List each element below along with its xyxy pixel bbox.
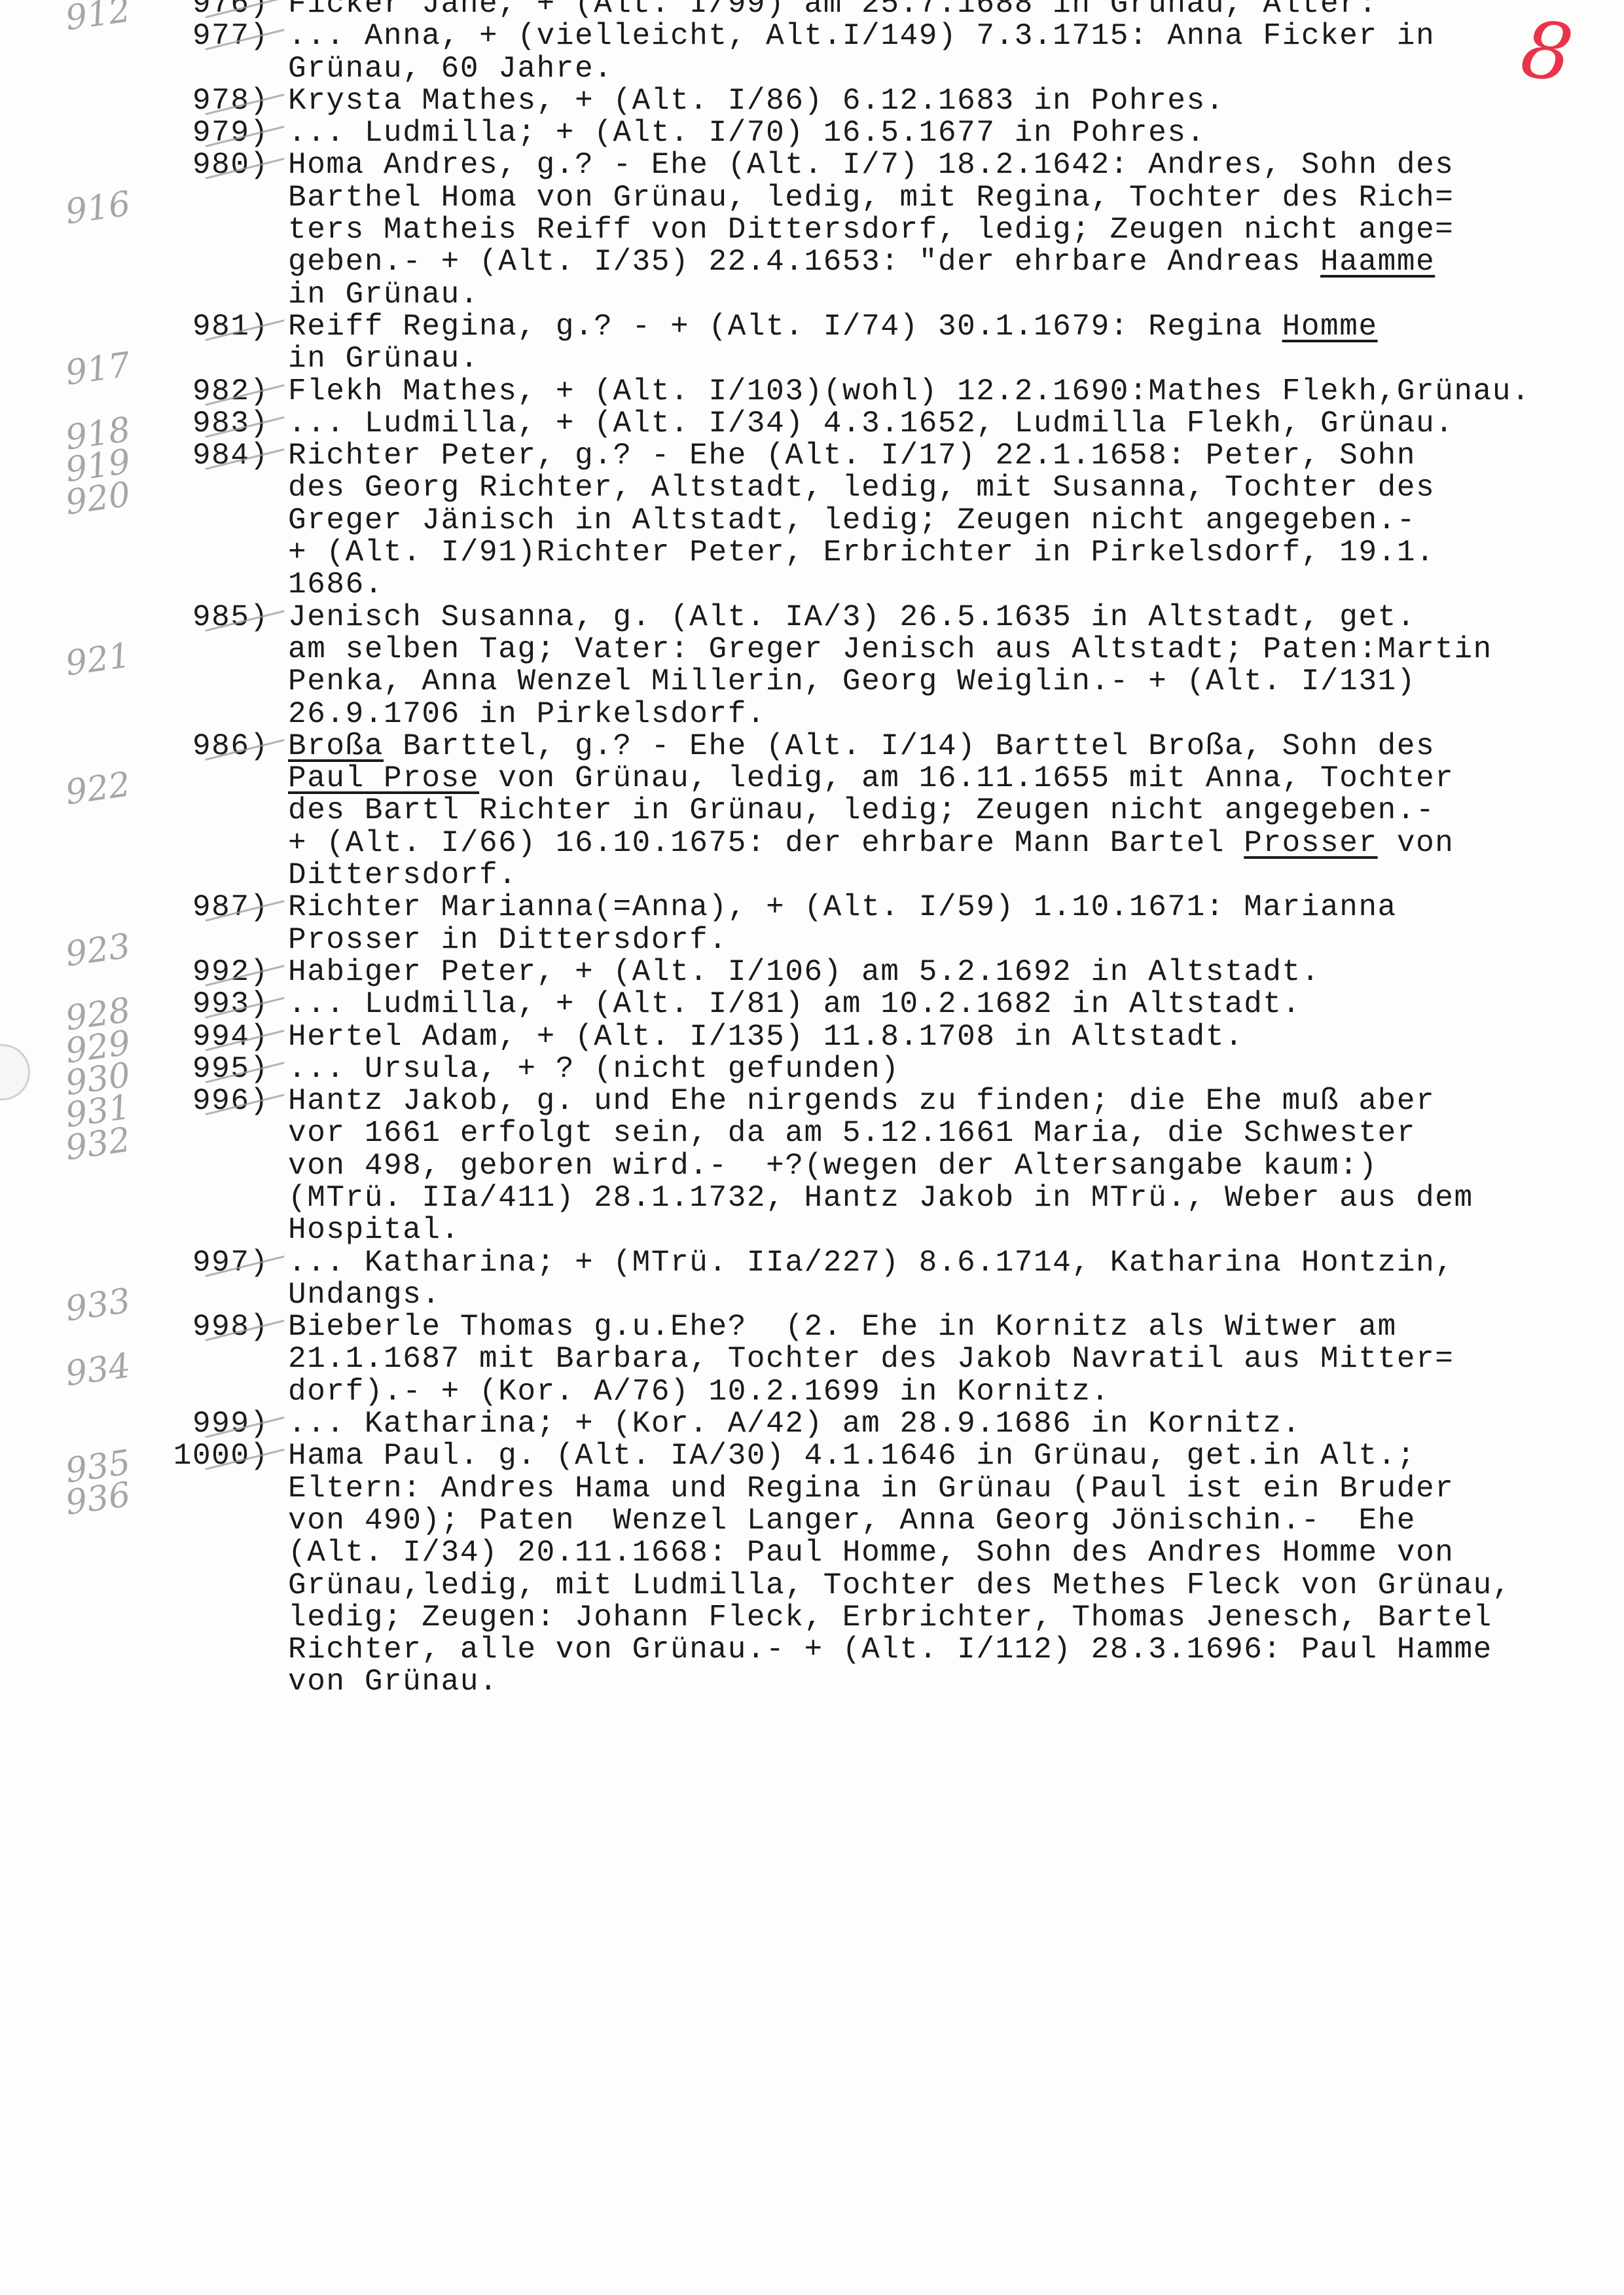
entry-line: 983) ... Ludmilla, + (Alt. I/34) 4.3.165…: [164, 408, 1604, 440]
genealogy-entry: 981) Reiff Regina, g.? - + (Alt. I/74) 3…: [164, 311, 1604, 376]
entry-line: 986) Broßa Barttel, g.? - Ehe (Alt. I/14…: [164, 731, 1604, 763]
genealogy-entry: 995) ... Ursula, + ? (nicht gefunden): [164, 1053, 1604, 1085]
entry-text: am selben Tag; Vater: Greger Jenisch aus…: [288, 634, 1492, 666]
entry-line: 997) ... Katharina; + (MTrü. IIa/227) 8.…: [164, 1247, 1604, 1279]
entry-number: 997): [164, 1247, 288, 1279]
entry-text: 1686.: [288, 569, 384, 601]
entry-text: Paul Prose von Grünau, ledig, am 16.11.1…: [288, 763, 1454, 795]
entry-text: in Grünau.: [288, 343, 479, 375]
pencil-strike-mark: [205, 319, 284, 341]
entry-text: Undangs.: [288, 1279, 441, 1311]
pencil-margin-number: 917: [63, 346, 133, 393]
entry-text: Richter Marianna(=Anna), + (Alt. I/59) 1…: [288, 892, 1397, 924]
entry-text: ... Ludmilla, + (Alt. I/34) 4.3.1652, Lu…: [288, 408, 1454, 440]
entry-line: Dittersdorf.: [164, 859, 1604, 892]
entry-text: Krysta Mathes, + (Alt. I/86) 6.12.1683 i…: [288, 85, 1225, 117]
entry-line: 987) Richter Marianna(=Anna), + (Alt. I/…: [164, 892, 1604, 924]
entry-text: 21.1.1687 mit Barbara, Tochter des Jakob…: [288, 1343, 1454, 1375]
entry-number: 994): [164, 1021, 288, 1053]
entry-text: Homa Andres, g.? - Ehe (Alt. I/7) 18.2.1…: [288, 149, 1454, 181]
pencil-strike-mark: [205, 1449, 284, 1470]
genealogy-entry: 985) Jenisch Susanna, g. (Alt. IA/3) 26.…: [164, 602, 1604, 731]
entry-line: von 490); Paten Wenzel Langer, Anna Geor…: [164, 1505, 1604, 1537]
entry-line: 999) ... Katharina; + (Kor. A/42) am 28.…: [164, 1408, 1604, 1440]
pencil-strike-mark: [205, 29, 284, 50]
entry-line: 985) Jenisch Susanna, g. (Alt. IA/3) 26.…: [164, 602, 1604, 634]
entry-number: 985): [164, 602, 288, 634]
entry-text: ... Anna, + (vielleicht, Alt.I/149) 7.3.…: [288, 20, 1435, 52]
pencil-margin-number: 933: [63, 1281, 133, 1329]
entry-text: Eltern: Andres Hama und Regina in Grünau…: [288, 1473, 1454, 1505]
entry-number: 981): [164, 311, 288, 343]
pencil-strike-mark: [205, 0, 284, 18]
entry-text: Bieberle Thomas g.u.Ehe? (2. Ehe in Korn…: [288, 1311, 1397, 1343]
genealogy-entry: 982) Flekh Mathes, + (Alt. I/103)(wohl) …: [164, 376, 1604, 408]
entry-number: 993): [164, 988, 288, 1021]
entry-text: in Grünau.: [288, 279, 479, 311]
entry-line: + (Alt. I/66) 16.10.1675: der ehrbare Ma…: [164, 827, 1604, 859]
pencil-margin-number: 923: [63, 926, 133, 974]
genealogy-entry: 978) Krysta Mathes, + (Alt. I/86) 6.12.1…: [164, 85, 1604, 117]
entry-text: des Bartl Richter in Grünau, ledig; Zeug…: [288, 795, 1435, 827]
entry-text: dorf).- + (Kor. A/76) 10.2.1699 in Korni…: [288, 1376, 1110, 1408]
entry-number: 1000): [164, 1440, 288, 1472]
entry-line: 26.9.1706 in Pirkelsdorf.: [164, 698, 1604, 731]
entry-text: (Alt. I/34) 20.11.1668: Paul Homme, Sohn…: [288, 1537, 1454, 1569]
pencil-margin-number: 936: [63, 1475, 133, 1523]
entry-line: 994) Hertel Adam, + (Alt. I/135) 11.8.17…: [164, 1021, 1604, 1053]
pencil-strike-mark: [205, 384, 284, 406]
genealogy-entry: 979) ... Ludmilla; + (Alt. I/70) 16.5.16…: [164, 117, 1604, 149]
pencil-strike-mark: [205, 158, 284, 180]
entry-text: Hertel Adam, + (Alt. I/135) 11.8.1708 in…: [288, 1021, 1244, 1053]
pencil-strike-mark: [205, 1062, 284, 1083]
underlined-name: Homme: [1282, 310, 1378, 344]
genealogy-entry: 977) ... Anna, + (vielleicht, Alt.I/149)…: [164, 20, 1604, 85]
pencil-strike-mark: [205, 610, 284, 632]
genealogy-entry: 999) ... Katharina; + (Kor. A/42) am 28.…: [164, 1408, 1604, 1440]
pencil-margin-number: 921: [63, 636, 133, 683]
pencil-strike-mark: [205, 126, 284, 147]
entry-line: Hospital.: [164, 1214, 1604, 1246]
pencil-margin-number: 912: [63, 0, 133, 39]
entry-line: ters Matheis Reiff von Dittersdorf, ledi…: [164, 214, 1604, 246]
entry-text: Jenisch Susanna, g. (Alt. IA/3) 26.5.163…: [288, 602, 1416, 634]
genealogy-entry: 983) ... Ludmilla, + (Alt. I/34) 4.3.165…: [164, 408, 1604, 440]
entry-number: 984): [164, 440, 288, 472]
entry-line: 980) Homa Andres, g.? - Ehe (Alt. I/7) 1…: [164, 149, 1604, 181]
document-page: 8 91291691791891992092192292392892993093…: [0, 0, 1624, 2295]
entry-line: Prosser in Dittersdorf.: [164, 924, 1604, 956]
entry-text: Hama Paul. g. (Alt. IA/30) 4.1.1646 in G…: [288, 1440, 1416, 1472]
entry-text: Barthel Homa von Grünau, ledig, mit Regi…: [288, 182, 1454, 214]
pencil-strike-mark: [205, 1417, 284, 1438]
pencil-strike-mark: [205, 739, 284, 761]
pencil-margin-number: 922: [63, 765, 133, 813]
entry-line: + (Alt. I/91)Richter Peter, Erbrichter i…: [164, 537, 1604, 569]
entry-text: Grünau,ledig, mit Ludmilla, Tochter des …: [288, 1570, 1511, 1602]
entry-line: 998) Bieberle Thomas g.u.Ehe? (2. Ehe in…: [164, 1311, 1604, 1343]
entry-text: Greger Jänisch in Altstadt, ledig; Zeuge…: [288, 505, 1416, 537]
entry-text: Broßa Barttel, g.? - Ehe (Alt. I/14) Bar…: [288, 731, 1435, 763]
entry-text: Habiger Peter, + (Alt. I/106) am 5.2.169…: [288, 956, 1320, 988]
entry-text: 26.9.1706 in Pirkelsdorf.: [288, 698, 766, 731]
pencil-margin-number: 916: [63, 184, 133, 232]
entry-text: ters Matheis Reiff von Dittersdorf, ledi…: [288, 214, 1454, 246]
entry-line: des Georg Richter, Altstadt, ledig, mit …: [164, 472, 1604, 504]
pencil-strike-mark: [205, 965, 284, 986]
pencil-strike-mark: [205, 1320, 284, 1341]
pencil-margin-number: 934: [63, 1346, 133, 1394]
entry-number: 976): [164, 0, 288, 20]
entry-number: 983): [164, 408, 288, 440]
entry-line: in Grünau.: [164, 343, 1604, 375]
entry-line: 993) ... Ludmilla, + (Alt. I/81) am 10.2…: [164, 988, 1604, 1021]
entry-line: 981) Reiff Regina, g.? - + (Alt. I/74) 3…: [164, 311, 1604, 343]
entry-line: des Bartl Richter in Grünau, ledig; Zeug…: [164, 795, 1604, 827]
entry-text: ... Katharina; + (Kor. A/42) am 28.9.168…: [288, 1408, 1301, 1440]
entry-number: 977): [164, 20, 288, 52]
entry-line: 21.1.1687 mit Barbara, Tochter des Jakob…: [164, 1343, 1604, 1375]
entry-text: vor 1661 erfolgt sein, da am 5.12.1661 M…: [288, 1117, 1416, 1149]
entry-number: 986): [164, 731, 288, 763]
entry-line: von 498, geboren wird.- +?(wegen der Alt…: [164, 1150, 1604, 1182]
entry-number: 982): [164, 376, 288, 408]
entry-line: Grünau,ledig, mit Ludmilla, Tochter des …: [164, 1570, 1604, 1602]
entry-line: ledig; Zeugen: Johann Fleck, Erbrichter,…: [164, 1602, 1604, 1634]
underlined-name: Haamme: [1320, 245, 1435, 279]
pencil-strike-mark: [205, 900, 284, 922]
genealogy-entry: 996) Hantz Jakob, g. und Ehe nirgends zu…: [164, 1085, 1604, 1246]
entry-line: 995) ... Ursula, + ? (nicht gefunden): [164, 1053, 1604, 1085]
entry-text: Ficker Jane, + (Alt. I/99) am 25.7.1688 …: [288, 0, 1378, 20]
entry-text: Prosser in Dittersdorf.: [288, 924, 728, 956]
entry-line: 1000) Hama Paul. g. (Alt. IA/30) 4.1.164…: [164, 1440, 1604, 1472]
entry-line: Barthel Homa von Grünau, ledig, mit Regi…: [164, 182, 1604, 214]
entry-text: Dittersdorf.: [288, 859, 517, 892]
pencil-strike-mark: [205, 448, 284, 470]
entry-text: Hospital.: [288, 1214, 460, 1246]
genealogy-entry: 980) Homa Andres, g.? - Ehe (Alt. I/7) 1…: [164, 149, 1604, 310]
genealogy-entry: 986) Broßa Barttel, g.? - Ehe (Alt. I/14…: [164, 731, 1604, 892]
entry-line: Richter, alle von Grünau.- + (Alt. I/112…: [164, 1634, 1604, 1666]
entry-text: + (Alt. I/66) 16.10.1675: der ehrbare Ma…: [288, 827, 1454, 859]
genealogy-entries: 976) Ficker Jane, + (Alt. I/99) am 25.7.…: [164, 0, 1604, 1699]
genealogy-entry: 976) Ficker Jane, + (Alt. I/99) am 25.7.…: [164, 0, 1604, 20]
entry-line: Greger Jänisch in Altstadt, ledig; Zeuge…: [164, 505, 1604, 537]
entry-line: 992) Habiger Peter, + (Alt. I/106) am 5.…: [164, 956, 1604, 988]
entry-line: Penka, Anna Wenzel Millerin, Georg Weigl…: [164, 666, 1604, 698]
genealogy-entry: 1000) Hama Paul. g. (Alt. IA/30) 4.1.164…: [164, 1440, 1604, 1698]
entry-text: des Georg Richter, Altstadt, ledig, mit …: [288, 472, 1435, 504]
entry-text: Hantz Jakob, g. und Ehe nirgends zu find…: [288, 1085, 1435, 1117]
entry-line: (Alt. I/34) 20.11.1668: Paul Homme, Sohn…: [164, 1537, 1604, 1569]
entry-line: (MTrü. IIa/411) 28.1.1732, Hantz Jakob i…: [164, 1182, 1604, 1214]
genealogy-entry: 992) Habiger Peter, + (Alt. I/106) am 5.…: [164, 956, 1604, 988]
genealogy-entry: 993) ... Ludmilla, + (Alt. I/81) am 10.2…: [164, 988, 1604, 1021]
pencil-strike-mark: [205, 416, 284, 438]
entry-text: Grünau, 60 Jahre.: [288, 53, 613, 85]
pencil-margin-number: 932: [63, 1120, 133, 1168]
underlined-name: Prosser: [1244, 826, 1377, 860]
entry-number: 992): [164, 956, 288, 988]
entry-number: 995): [164, 1053, 288, 1085]
entry-line: vor 1661 erfolgt sein, da am 5.12.1661 M…: [164, 1117, 1604, 1149]
pencil-strike-mark: [205, 997, 284, 1019]
entry-text: ... Katharina; + (MTrü. IIa/227) 8.6.171…: [288, 1247, 1454, 1279]
entry-number: 979): [164, 117, 288, 149]
entry-number: 987): [164, 892, 288, 924]
entry-text: (MTrü. IIa/411) 28.1.1732, Hantz Jakob i…: [288, 1182, 1473, 1214]
underlined-name: Broßa: [288, 729, 384, 763]
pencil-strike-mark: [205, 1256, 284, 1277]
entry-line: Paul Prose von Grünau, ledig, am 16.11.1…: [164, 763, 1604, 795]
entry-line: am selben Tag; Vater: Greger Jenisch aus…: [164, 634, 1604, 666]
entry-number: 996): [164, 1085, 288, 1117]
entry-text: von 490); Paten Wenzel Langer, Anna Geor…: [288, 1505, 1416, 1537]
entry-text: + (Alt. I/91)Richter Peter, Erbrichter i…: [288, 537, 1435, 569]
entry-line: dorf).- + (Kor. A/76) 10.2.1699 in Korni…: [164, 1376, 1604, 1408]
entry-line: 982) Flekh Mathes, + (Alt. I/103)(wohl) …: [164, 376, 1604, 408]
entry-number: 998): [164, 1311, 288, 1343]
entry-number: 980): [164, 149, 288, 181]
entry-line: 984) Richter Peter, g.? - Ehe (Alt. I/17…: [164, 440, 1604, 472]
genealogy-entry: 994) Hertel Adam, + (Alt. I/135) 11.8.17…: [164, 1021, 1604, 1053]
entry-line: Eltern: Andres Hama und Regina in Grünau…: [164, 1473, 1604, 1505]
genealogy-entry: 984) Richter Peter, g.? - Ehe (Alt. I/17…: [164, 440, 1604, 601]
entry-text: Flekh Mathes, + (Alt. I/103)(wohl) 12.2.…: [288, 376, 1530, 408]
entry-line: 1686.: [164, 569, 1604, 601]
pencil-margin-number: 920: [63, 475, 133, 522]
entry-number: 978): [164, 85, 288, 117]
entry-text: ledig; Zeugen: Johann Fleck, Erbrichter,…: [288, 1602, 1492, 1634]
genealogy-entry: 987) Richter Marianna(=Anna), + (Alt. I/…: [164, 892, 1604, 956]
genealogy-entry: 997) ... Katharina; + (MTrü. IIa/227) 8.…: [164, 1247, 1604, 1312]
entry-text: Penka, Anna Wenzel Millerin, Georg Weigl…: [288, 666, 1416, 698]
entry-text: geben.- + (Alt. I/35) 22.4.1653: "der eh…: [288, 246, 1435, 278]
entry-text: von 498, geboren wird.- +?(wegen der Alt…: [288, 1150, 1378, 1182]
entry-text: von Grünau.: [288, 1666, 498, 1698]
entry-line: in Grünau.: [164, 279, 1604, 311]
entry-line: Undangs.: [164, 1279, 1604, 1311]
entry-text: ... Ludmilla; + (Alt. I/70) 16.5.1677 in…: [288, 117, 1206, 149]
entry-line: geben.- + (Alt. I/35) 22.4.1653: "der eh…: [164, 246, 1604, 278]
pencil-strike-mark: [205, 1094, 284, 1115]
entry-line: 976) Ficker Jane, + (Alt. I/99) am 25.7.…: [164, 0, 1604, 20]
entry-text: Richter, alle von Grünau.- + (Alt. I/112…: [288, 1634, 1492, 1666]
entry-line: 996) Hantz Jakob, g. und Ehe nirgends zu…: [164, 1085, 1604, 1117]
entry-line: Grünau, 60 Jahre.: [164, 53, 1604, 85]
entry-line: 978) Krysta Mathes, + (Alt. I/86) 6.12.1…: [164, 85, 1604, 117]
punch-hole: [0, 1044, 30, 1100]
entry-number: 999): [164, 1408, 288, 1440]
underlined-name: Paul Prose: [288, 761, 479, 795]
pencil-strike-mark: [205, 1030, 284, 1051]
entry-text: ... Ursula, + ? (nicht gefunden): [288, 1053, 900, 1085]
entry-line: 977) ... Anna, + (vielleicht, Alt.I/149)…: [164, 20, 1604, 52]
genealogy-entry: 998) Bieberle Thomas g.u.Ehe? (2. Ehe in…: [164, 1311, 1604, 1408]
entry-text: Reiff Regina, g.? - + (Alt. I/74) 30.1.1…: [288, 311, 1378, 343]
entry-line: 979) ... Ludmilla; + (Alt. I/70) 16.5.16…: [164, 117, 1604, 149]
entry-text: ... Ludmilla, + (Alt. I/81) am 10.2.1682…: [288, 988, 1301, 1021]
entry-text: Richter Peter, g.? - Ehe (Alt. I/17) 22.…: [288, 440, 1416, 472]
entry-line: von Grünau.: [164, 1666, 1604, 1698]
pencil-strike-mark: [205, 94, 284, 115]
